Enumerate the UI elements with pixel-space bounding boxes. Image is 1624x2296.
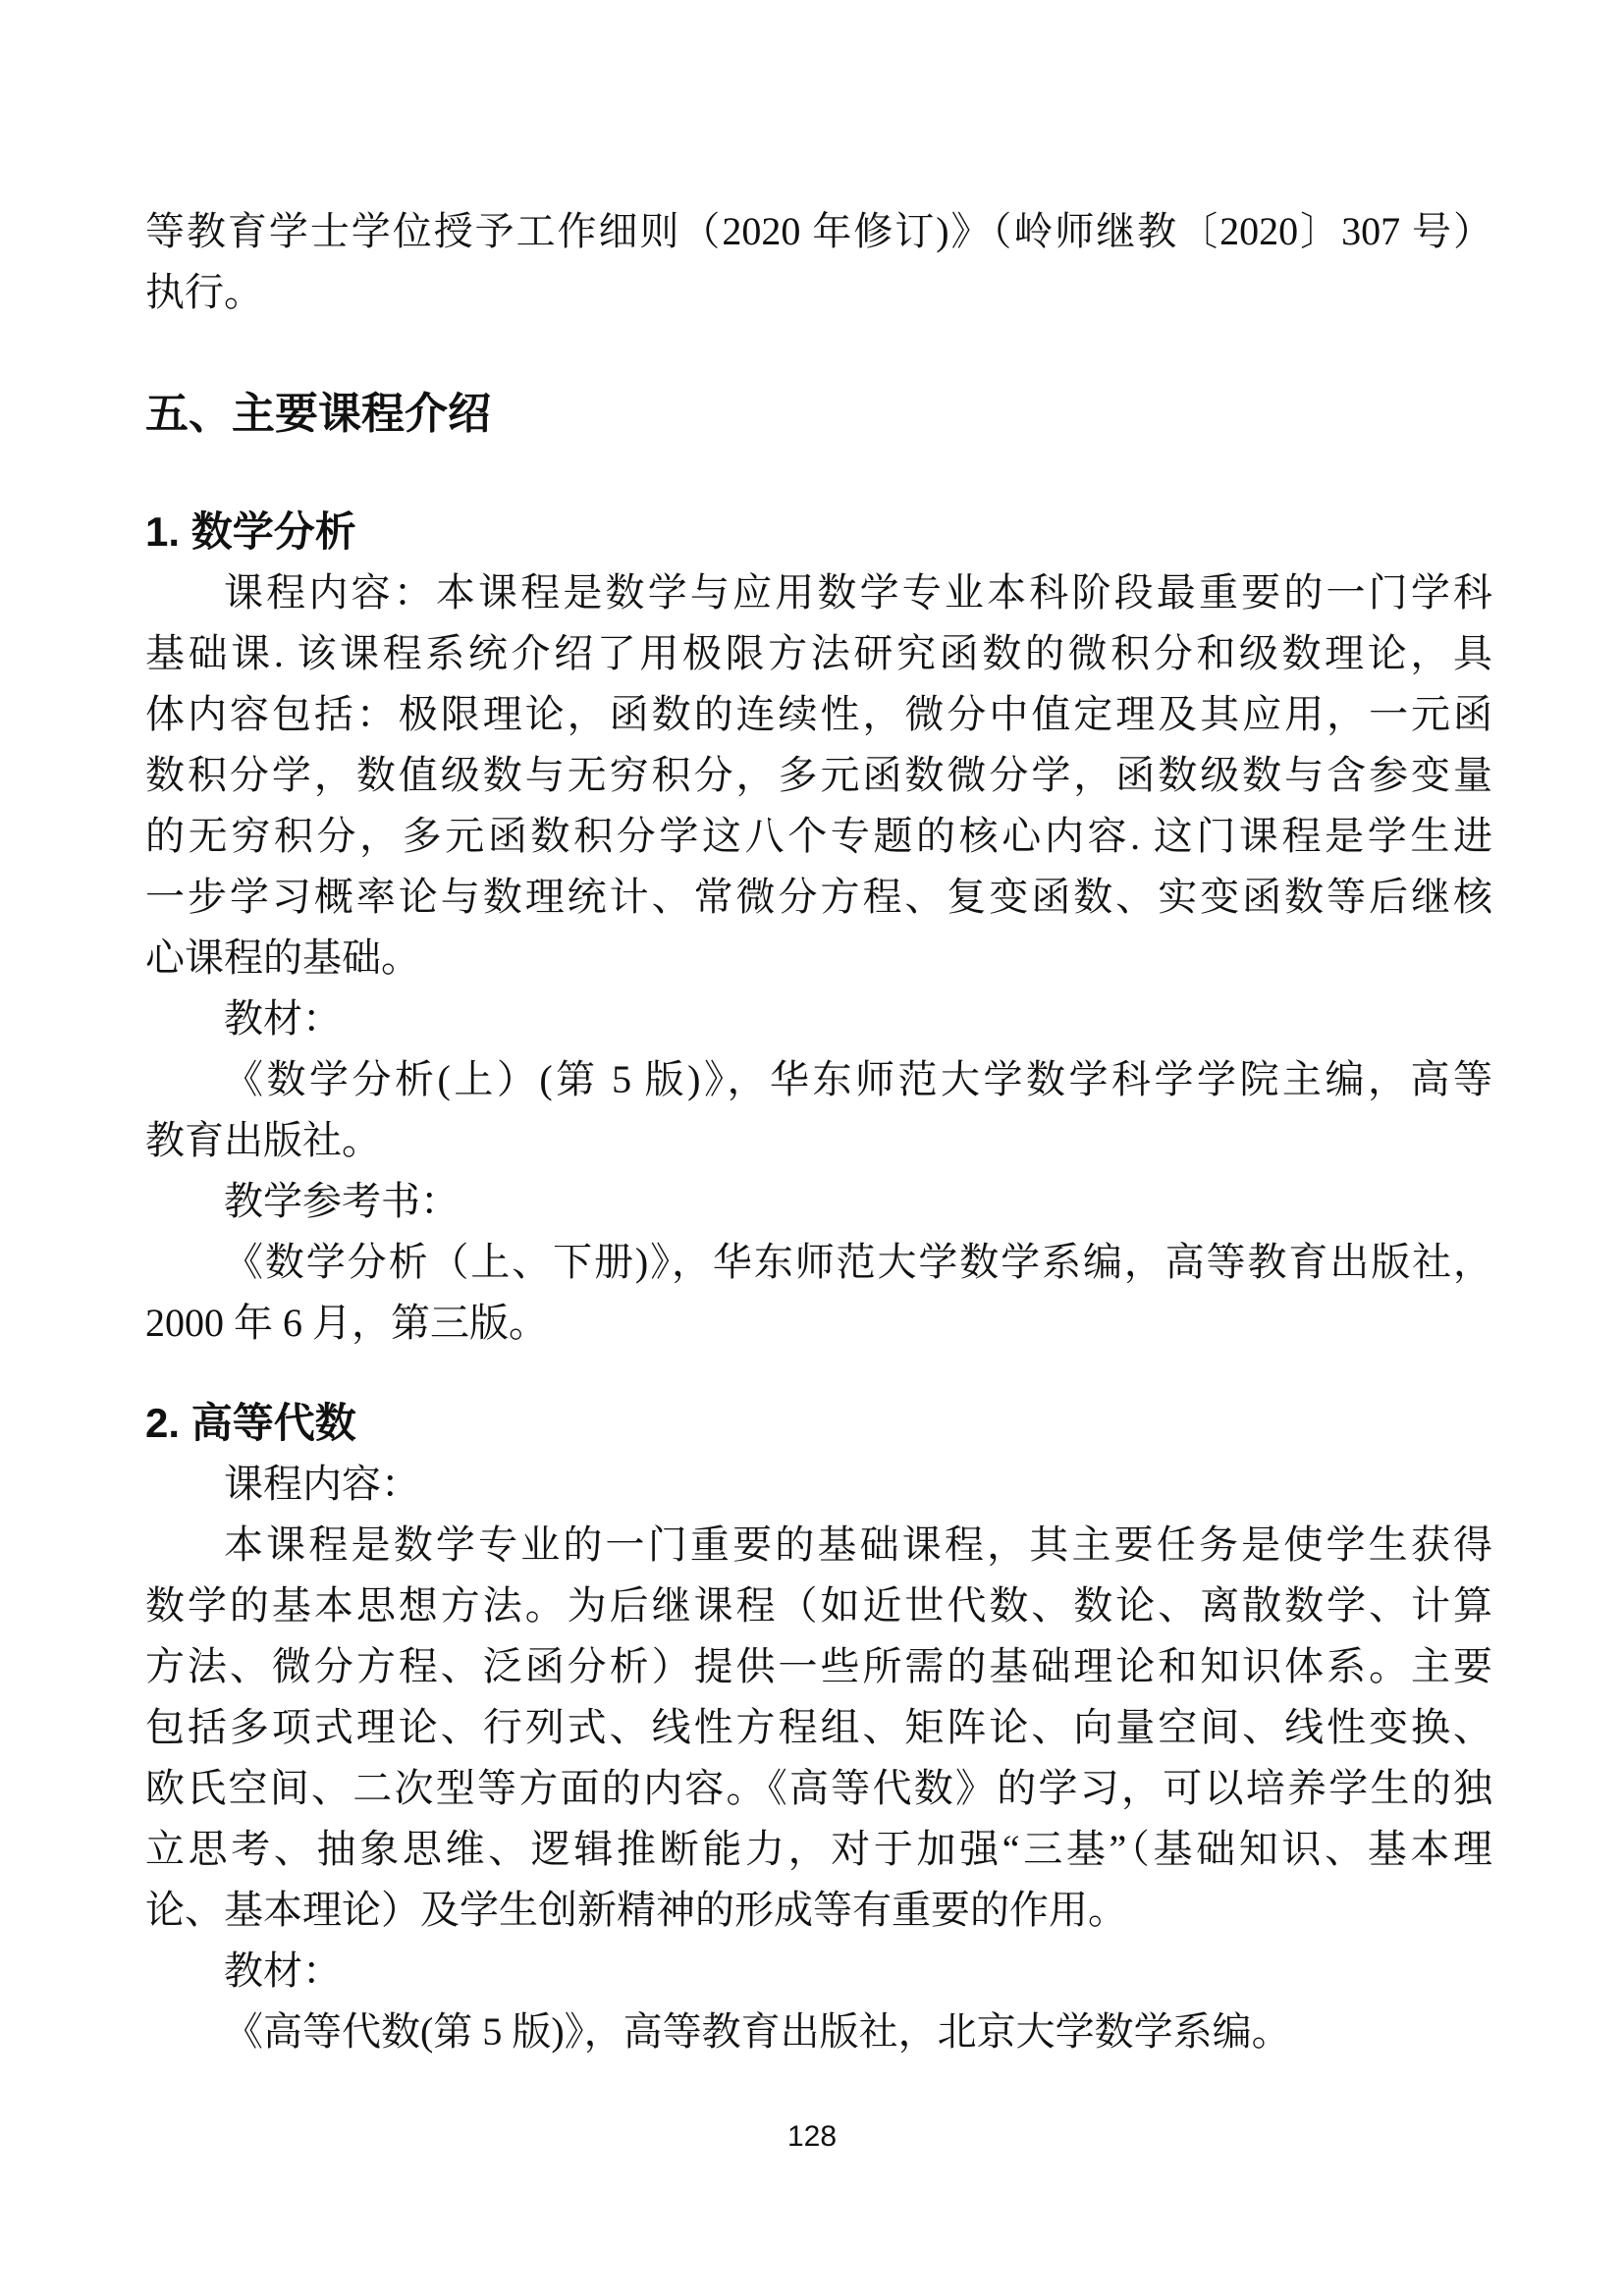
course-content-line: 数积分学，数值级数与无穷积分，多元函数微分学，函数级数与含参变量 [145,745,1492,806]
reference-label: 教学参考书： [145,1171,1492,1232]
course-content-line: 课程内容：本课程是数学与应用数学专业本科阶段最重要的一门学科 [145,562,1492,623]
course-1-content: 课程内容：本课程是数学与应用数学专业本科阶段最重要的一门学科 基础课. 该课程系… [145,562,1492,988]
course-content-line: 一步学习概率论与数理统计、常微分方程、复变函数、实变函数等后继核 [145,867,1492,928]
intro-line: 执行。 [145,262,1492,323]
course-content-label: 课程内容： [145,1454,1492,1515]
course-2-heading: 2. 高等代数 [145,1393,1492,1454]
course-content-line: 本课程是数学专业的一门重要的基础课程，其主要任务是使学生获得 [145,1515,1492,1575]
course-content-line: 数学的基本思想方法。为后继课程（如近世代数、数论、离散数学、计算 [145,1575,1492,1636]
textbook-label: 教材： [145,1941,1492,2002]
course-content-line: 的无穷积分，多元函数积分学这八个专题的核心内容. 这门课程是学生进 [145,806,1492,867]
course-content-line: 体内容包括：极限理论，函数的连续性，微分中值定理及其应用，一元函 [145,684,1492,745]
reference-line: 2000 年 6 月，第三版。 [145,1293,1492,1354]
main-section-heading: 五、主要课程介绍 [145,384,1492,445]
course-2-content: 本课程是数学专业的一门重要的基础课程，其主要任务是使学生获得 数学的基本思想方法… [145,1515,1492,1941]
textbook-line: 教育出版社。 [145,1110,1492,1171]
page-number: 128 [0,2120,1624,2154]
intro-line: 等教育学士学位授予工作细则（2020 年修订)》（岭师继教〔2020〕307 号… [145,201,1492,262]
course-1-heading: 1. 数学分析 [145,502,1492,562]
course-content-line: 基础课. 该课程系统介绍了用极限方法研究函数的微积分和级数理论，具 [145,623,1492,684]
textbook-line: 《数学分析(上）(第 5 版)》，华东师范大学数学科学学院主编，高等 [145,1049,1492,1110]
textbook-label: 教材： [145,988,1492,1049]
textbook-line: 《高等代数(第 5 版)》，高等教育出版社，北京大学数学系编。 [145,2002,1492,2062]
course-1-reference: 《数学分析（上、下册)》，华东师范大学数学系编，高等教育出版社， 2000 年 … [145,1232,1492,1354]
intro-paragraph: 等教育学士学位授予工作细则（2020 年修订)》（岭师继教〔2020〕307 号… [145,201,1492,323]
reference-line: 《数学分析（上、下册)》，华东师范大学数学系编，高等教育出版社， [145,1232,1492,1293]
course-content-line: 论、基本理论）及学生创新精神的形成等有重要的作用。 [145,1880,1492,1941]
document-page: 等教育学士学位授予工作细则（2020 年修订)》（岭师继教〔2020〕307 号… [0,0,1624,2296]
course-content-line: 心课程的基础。 [145,928,1492,988]
course-content-line: 欧氏空间、二次型等方面的内容。《高等代数》的学习，可以培养学生的独 [145,1758,1492,1819]
course-content-line: 立思考、抽象思维、逻辑推断能力，对于加强“三基”（基础知识、基本理 [145,1819,1492,1880]
course-content-line: 包括多项式理论、行列式、线性方程组、矩阵论、向量空间、线性变换、 [145,1697,1492,1758]
course-1-textbook: 《数学分析(上）(第 5 版)》，华东师范大学数学科学学院主编，高等 教育出版社… [145,1049,1492,1171]
document-content: 等教育学士学位授予工作细则（2020 年修订)》（岭师继教〔2020〕307 号… [0,0,1624,2062]
course-content-line: 方法、微分方程、泛函分析）提供一些所需的基础理论和知识体系。主要 [145,1636,1492,1697]
course-2-textbook: 《高等代数(第 5 版)》，高等教育出版社，北京大学数学系编。 [145,2002,1492,2062]
